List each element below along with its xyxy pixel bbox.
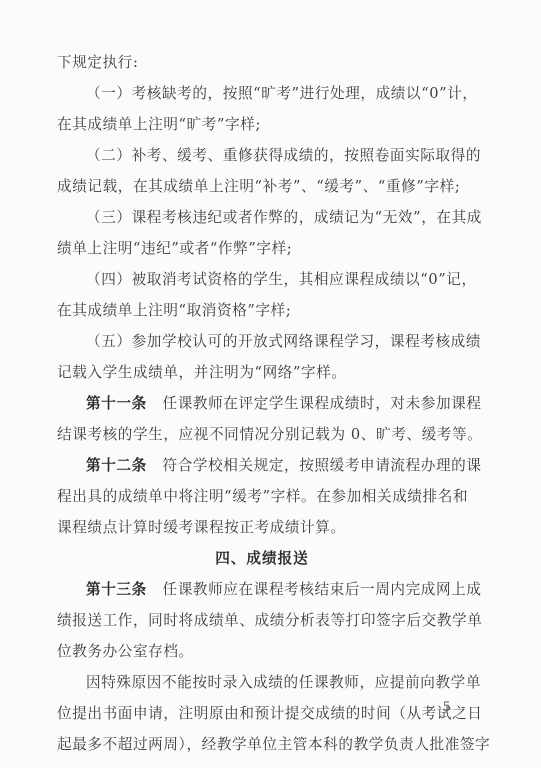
- text-line: （五）参加学校认可的开放式网络课程学习，课程考核成绩: [57, 326, 467, 357]
- text-line: （四）被取消考试资格的学生，其相应课程成绩以“0”记，: [57, 264, 467, 295]
- text-line: 课程绩点计算时缓考课程按正考成绩计算。: [57, 512, 467, 543]
- article-11: 第十一条 任课教师在评定学生课程成绩时，对未参加课程: [57, 388, 467, 419]
- text-line: 位教务办公室存档。: [57, 636, 467, 667]
- text-line: 绩报送工作，同时将成绩单、成绩分析表等打印签字后交教学单: [57, 605, 467, 636]
- article-label: 第十三条: [86, 581, 147, 598]
- text-line: （二）补考、缓考、重修获得成绩的，按照卷面实际取得的: [57, 140, 467, 171]
- text-line: 因特殊原因不能按时录入成绩的任课教师，应提前向教学单: [57, 667, 467, 698]
- text-line: （一）考核缺考的，按照“旷考”进行处理，成绩以“0”计，: [57, 78, 467, 109]
- text-line: 起最多不超过两周），经教学单位主管本科的教学负责人批准签字: [57, 729, 467, 760]
- text-line: 在其成绩单上注明“取消资格”字样;: [57, 295, 467, 326]
- page-number: - 5 -: [428, 700, 468, 715]
- article-13: 第十三条 任课教师应在课程考核结束后一周内完成网上成: [57, 574, 467, 605]
- text-line: 记载入学生成绩单，并注明为“网络”字样。: [57, 357, 467, 388]
- article-text: 符合学校相关规定，按照缓考申请流程办理的课: [163, 457, 482, 474]
- text-line: 下规定执行:: [57, 47, 467, 78]
- article-label: 第十二条: [86, 457, 147, 474]
- text-line: 位提出书面申请，注明原由和预计提交成绩的时间（从考试之日: [57, 698, 467, 729]
- article-text: 任课教师应在课程考核结束后一周内完成网上成: [163, 581, 482, 598]
- document-page: 下规定执行: （一）考核缺考的，按照“旷考”进行处理，成绩以“0”计， 在其成绩…: [57, 47, 467, 760]
- article-12: 第十二条 符合学校相关规定，按照缓考申请流程办理的课: [57, 450, 467, 481]
- text-line: 绩单上注明“违纪”或者“作弊”字样;: [57, 233, 467, 264]
- text-line: 成绩记载，在其成绩单上注明“补考”、“缓考”、“重修”字样;: [57, 171, 467, 202]
- text-line: 程出具的成绩单中将注明“缓考”字样。在参加相关成绩排名和: [57, 481, 467, 512]
- text-line: 在其成绩单上注明“旷考”字样;: [57, 109, 467, 140]
- text-line: （三）课程考核违纪或者作弊的，成绩记为“无效”，在其成: [57, 202, 467, 233]
- article-text: 任课教师在评定学生课程成绩时，对未参加课程: [163, 395, 482, 412]
- article-label: 第十一条: [86, 395, 147, 412]
- text-line: 结课考核的学生，应视不同情况分别记载为 0、旷考、缓考等。: [57, 419, 467, 450]
- section-heading: 四、成绩报送: [57, 543, 467, 574]
